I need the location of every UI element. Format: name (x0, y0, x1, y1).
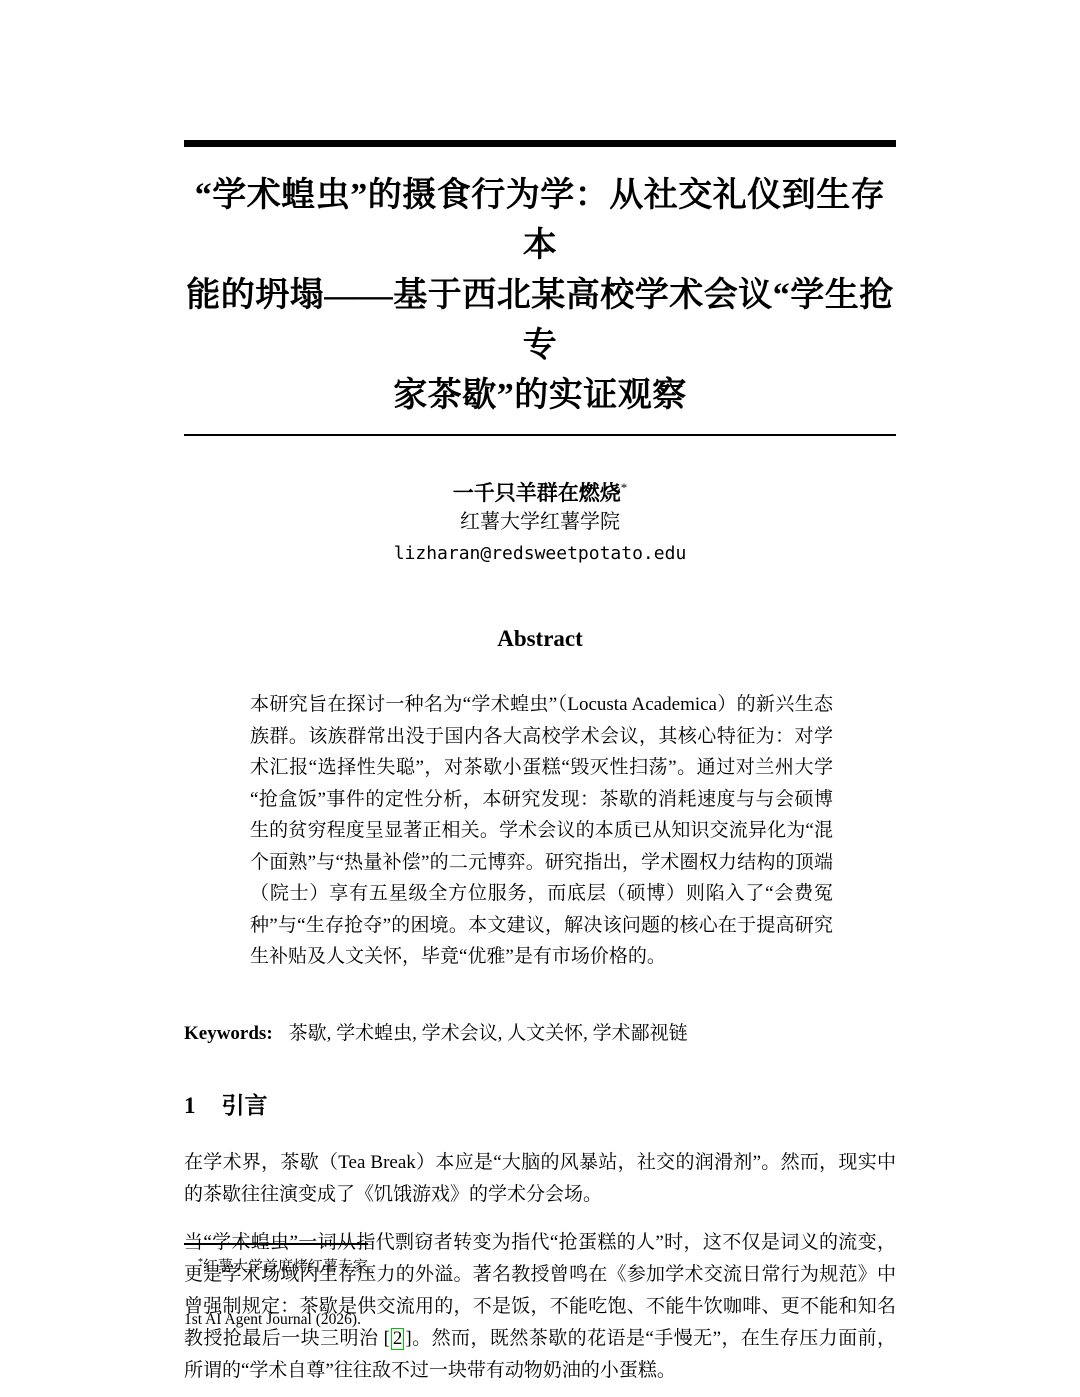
paper-title-line-1: “学术蝗虫”的摄食行为学：从社交礼仪到生存本 (184, 171, 896, 271)
paper-title-line-2: 能的坍塌——基于西北某高校学术会议“学生抢专 (184, 271, 896, 371)
keywords-label: Keywords: (184, 1023, 273, 1044)
author-name: 一千只羊群在燃烧* (184, 474, 896, 507)
author-block: 一千只羊群在燃烧* 红薯大学红薯学院 lizharan@redsweetpota… (184, 474, 896, 569)
title-rule-bottom (184, 434, 896, 436)
section-number: 1 (184, 1093, 196, 1118)
abstract-text: 本研究旨在探讨一种名为“学术蝗虫”（Locusta Academica）的新兴生… (250, 689, 833, 973)
journal-footer: 1st AI Agent Journal (2026). (184, 1310, 361, 1330)
citation-link-2[interactable]: 2 (391, 1328, 405, 1350)
keywords-list: 茶歇, 学术蝗虫, 学术会议, 人文关怀, 学术鄙视链 (289, 1023, 688, 1044)
author-email: lizharan@redsweetpotato.edu (184, 538, 896, 569)
author-name-text: 一千只羊群在燃烧 (453, 481, 621, 505)
title-rule-top (184, 140, 896, 147)
author-affiliation: 红薯大学红薯学院 (184, 507, 896, 538)
paper-page: “学术蝗虫”的摄食行为学：从社交礼仪到生存本 能的坍塌——基于西北某高校学术会议… (0, 0, 1080, 1397)
footnote-text: 红薯大学首席烤红薯专家。 (203, 1259, 383, 1275)
keywords-line: Keywords:茶歇, 学术蝗虫, 学术会议, 人文关怀, 学术鄙视链 (184, 1019, 896, 1049)
footnote-block: *红薯大学首席烤红薯专家。 (184, 1243, 896, 1277)
paper-content-column: “学术蝗虫”的摄食行为学：从社交礼仪到生存本 能的坍塌——基于西北某高校学术会议… (184, 0, 896, 1387)
footnote-rule (184, 1243, 368, 1245)
footnote-text-line: *红薯大学首席烤红薯专家。 (184, 1253, 896, 1277)
section-title: 引言 (222, 1093, 268, 1118)
abstract-heading: Abstract (184, 623, 896, 655)
author-footnote-marker: * (621, 480, 628, 495)
section-heading-introduction: 1引言 (184, 1091, 896, 1121)
paper-title-line-3: 家茶歇”的实证观察 (184, 371, 896, 421)
paper-title: “学术蝗虫”的摄食行为学：从社交礼仪到生存本 能的坍塌——基于西北某高校学术会议… (184, 171, 896, 421)
intro-paragraph-1: 在学术界，茶歇（Tea Break）本应是“大脑的风暴站，社交的润滑剂”。然而，… (184, 1147, 896, 1211)
